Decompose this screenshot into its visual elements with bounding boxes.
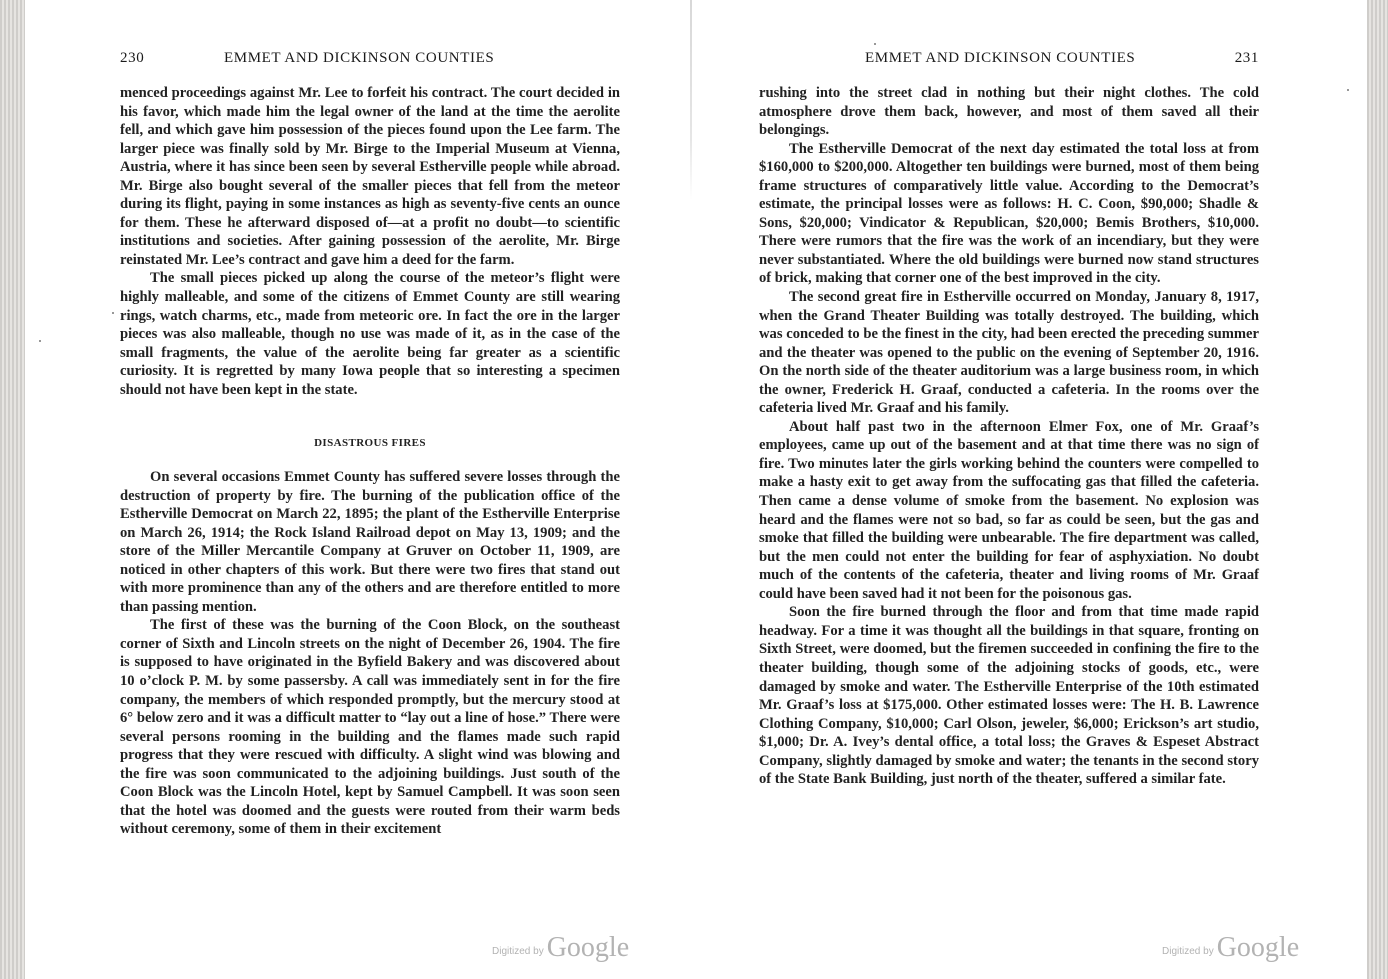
body-text-after-section: On several occasions Emmet County has su… <box>120 468 620 839</box>
google-logo-text: Google <box>547 932 629 963</box>
google-watermark-left: Digitized byGoogle <box>492 932 629 964</box>
running-title: EMMET AND DICKINSON COUNTIES <box>224 50 494 67</box>
scan-speck <box>39 340 41 342</box>
scan-speck <box>1347 89 1349 91</box>
paragraph: About half past two in the afternoon Elm… <box>759 418 1259 603</box>
body-text-before-section: menced proceedings against Mr. Lee to fo… <box>120 84 620 399</box>
body-text: rushing into the street clad in nothing … <box>759 84 1259 789</box>
paragraph: The Estherville Democrat of the next day… <box>759 140 1259 288</box>
right-page-edge <box>1367 0 1388 979</box>
book-gutter <box>690 0 692 200</box>
google-watermark-right: Digitized byGoogle <box>1162 932 1299 964</box>
paragraph: rushing into the street clad in nothing … <box>759 84 1259 140</box>
watermark-small-text: Digitized by <box>492 946 544 957</box>
page-number: 231 <box>1235 50 1259 67</box>
paragraph: The first of these was the burning of th… <box>120 616 620 839</box>
running-header: 230 EMMET AND DICKINSON COUNTIES <box>120 50 620 70</box>
running-title: EMMET AND DICKINSON COUNTIES <box>865 50 1135 67</box>
left-page-edge <box>0 0 25 979</box>
paragraph: The small pieces picked up along the cou… <box>120 269 620 399</box>
watermark-small-text: Digitized by <box>1162 946 1214 957</box>
paragraph: menced proceedings against Mr. Lee to fo… <box>120 84 620 269</box>
paragraph: Soon the fire burned through the floor a… <box>759 603 1259 788</box>
running-header: EMMET AND DICKINSON COUNTIES 231 <box>759 50 1259 70</box>
section-heading: DISASTROUS FIRES <box>120 437 620 449</box>
paragraph: On several occasions Emmet County has su… <box>120 468 620 616</box>
page-number: 230 <box>120 50 144 67</box>
scan-speck <box>112 312 114 314</box>
paragraph: The second great fire in Estherville occ… <box>759 288 1259 418</box>
google-logo-text: Google <box>1217 932 1299 963</box>
scan-speck <box>874 43 876 45</box>
